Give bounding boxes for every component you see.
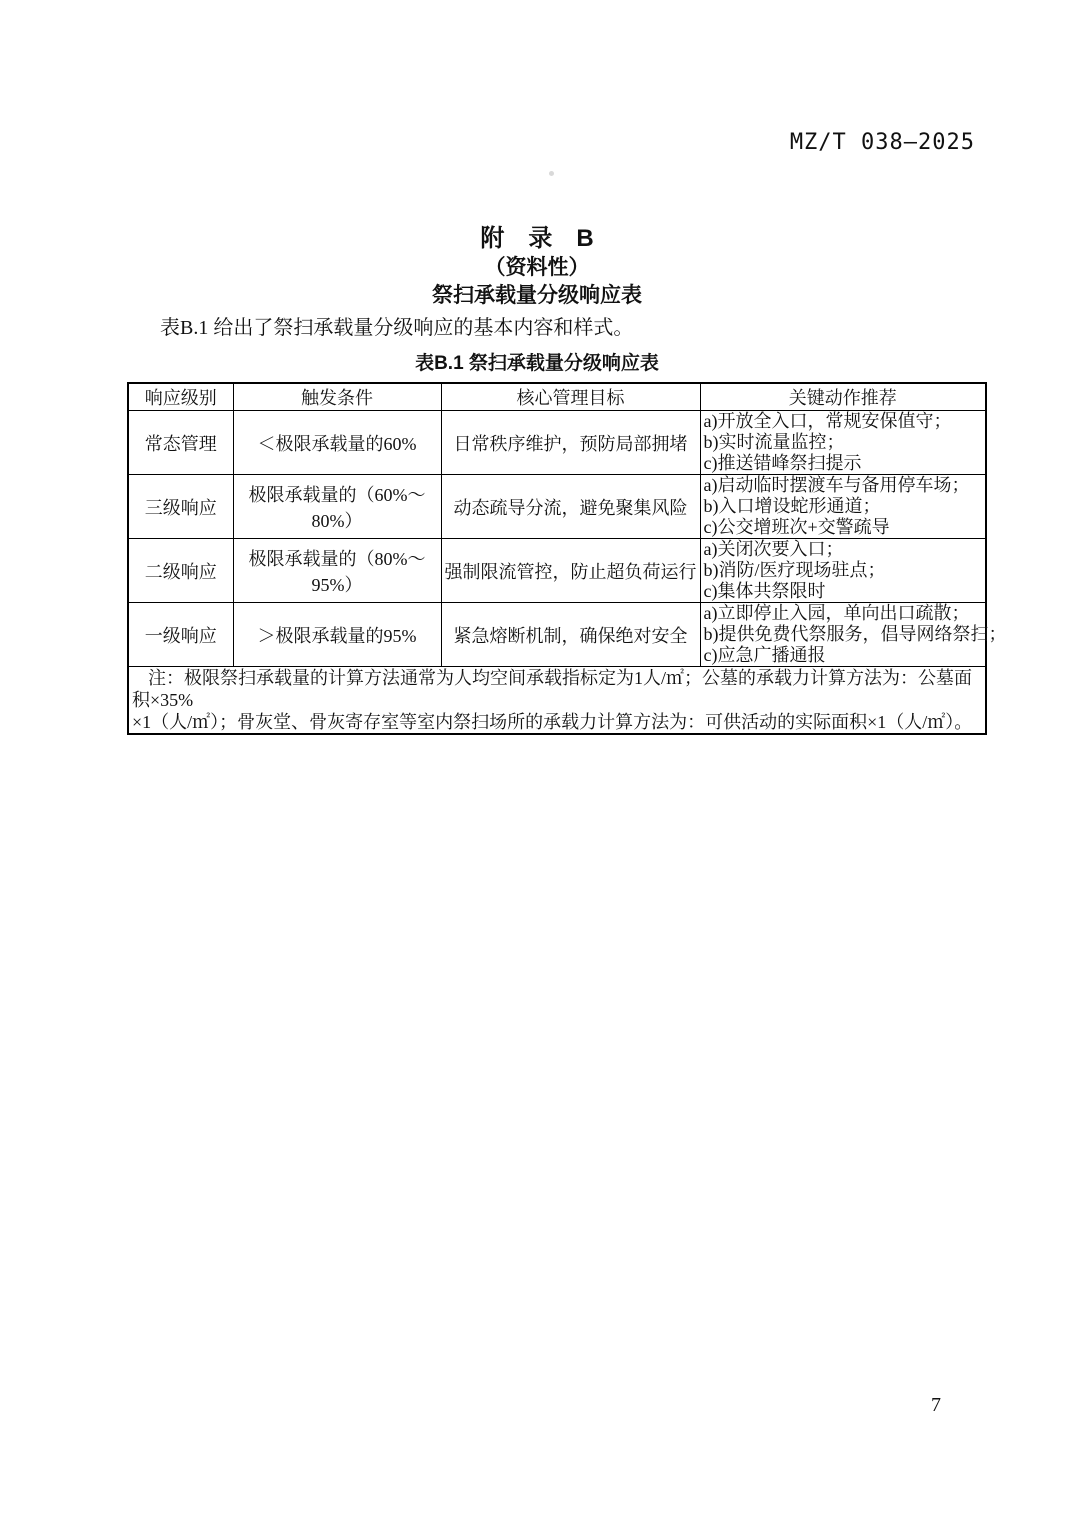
action-line: c)集体共祭限时 [704, 581, 983, 602]
action-line: c)应急广播通报 [704, 645, 983, 666]
page-number: 7 [931, 1394, 941, 1417]
header-key-actions: 关键动作推荐 [700, 383, 986, 411]
action-line: a)关闭次要入口； [704, 539, 983, 560]
action-line: b)消防/医疗现场驻点； [704, 560, 983, 581]
header-response-level: 响应级别 [128, 383, 233, 411]
action-line: b)实时流量监控； [704, 432, 983, 453]
cell-level: 一级响应 [128, 603, 233, 667]
action-line: b)入口增设蛇形通道； [704, 496, 983, 517]
note-line: 注：极限祭扫承载量的计算方法通常为人均空间承载指标定为1人/㎡；公墓的承载力计算… [132, 667, 982, 711]
header-core-goal: 核心管理目标 [441, 383, 700, 411]
table-row: 三级响应 极限承载量的（60%～80%） 动态疏导分流，避免聚集风险 a)启动临… [128, 475, 986, 539]
table-header-row: 响应级别 触发条件 核心管理目标 关键动作推荐 [128, 383, 986, 411]
cell-level: 常态管理 [128, 411, 233, 475]
cell-actions: a)开放全入口，常规安保值守； b)实时流量监控； c)推送错峰祭扫提示 [700, 411, 986, 475]
appendix-title-block: 附 录 B （资料性） 祭扫承载量分级响应表 [0, 224, 1074, 310]
cell-trigger: ＞极限承载量的95% [233, 603, 441, 667]
appendix-heading: 附 录 B [0, 224, 1074, 254]
cell-trigger: 极限承载量的（60%～80%） [233, 475, 441, 539]
document-page: MZ/T 038—2025 附 录 B （资料性） 祭扫承载量分级响应表 表B.… [0, 0, 1074, 1520]
cell-actions: a)立即停止入园，单向出口疏散； b)提供免费代祭服务，倡导网络祭扫； c)应急… [700, 603, 986, 667]
cell-goal: 动态疏导分流，避免聚集风险 [441, 475, 700, 539]
table-caption: 表B.1 祭扫承载量分级响应表 [0, 348, 1074, 375]
action-line: a)启动临时摆渡车与备用停车场； [704, 475, 983, 496]
cell-goal: 强制限流管控，防止超负荷运行 [441, 539, 700, 603]
header-trigger-condition: 触发条件 [233, 383, 441, 411]
action-line: a)开放全入口，常规安保值守； [704, 411, 983, 432]
cell-trigger: ＜极限承载量的60% [233, 411, 441, 475]
action-line: c)推送错峰祭扫提示 [704, 453, 983, 474]
table-row: 常态管理 ＜极限承载量的60% 日常秩序维护，预防局部拥堵 a)开放全入口，常规… [128, 411, 986, 475]
scan-artifact-dot [549, 171, 554, 176]
action-line: b)提供免费代祭服务，倡导网络祭扫； [704, 624, 983, 645]
cell-actions: a)关闭次要入口； b)消防/医疗现场驻点； c)集体共祭限时 [700, 539, 986, 603]
action-line: c)公交增班次+交警疏导 [704, 517, 983, 538]
table-row: 一级响应 ＞极限承载量的95% 紧急熔断机制，确保绝对安全 a)立即停止入园，单… [128, 603, 986, 667]
intro-paragraph: 表B.1 给出了祭扫承载量分级响应的基本内容和样式。 [127, 314, 985, 342]
cell-level: 二级响应 [128, 539, 233, 603]
standard-number: MZ/T 038—2025 [790, 130, 975, 155]
cell-goal: 紧急熔断机制，确保绝对安全 [441, 603, 700, 667]
cell-actions: a)启动临时摆渡车与备用停车场； b)入口增设蛇形通道； c)公交增班次+交警疏… [700, 475, 986, 539]
cell-level: 三级响应 [128, 475, 233, 539]
appendix-subheading: （资料性） [0, 254, 1074, 282]
action-line: a)立即停止入园，单向出口疏散； [704, 603, 983, 624]
cell-goal: 日常秩序维护，预防局部拥堵 [441, 411, 700, 475]
response-level-table: 响应级别 触发条件 核心管理目标 关键动作推荐 常态管理 ＜极限承载量的60% … [127, 382, 987, 735]
appendix-table-title: 祭扫承载量分级响应表 [0, 282, 1074, 310]
cell-trigger: 极限承载量的（80%～95%） [233, 539, 441, 603]
table-row: 二级响应 极限承载量的（80%～95%） 强制限流管控，防止超负荷运行 a)关闭… [128, 539, 986, 603]
note-line: ×1（人/㎡）；骨灰堂、骨灰寄存室等室内祭扫场所的承载力计算方法为：可供活动的实… [132, 711, 982, 733]
table-note: 注：极限祭扫承载量的计算方法通常为人均空间承载指标定为1人/㎡；公墓的承载力计算… [128, 667, 986, 735]
table-note-row: 注：极限祭扫承载量的计算方法通常为人均空间承载指标定为1人/㎡；公墓的承载力计算… [128, 667, 986, 735]
